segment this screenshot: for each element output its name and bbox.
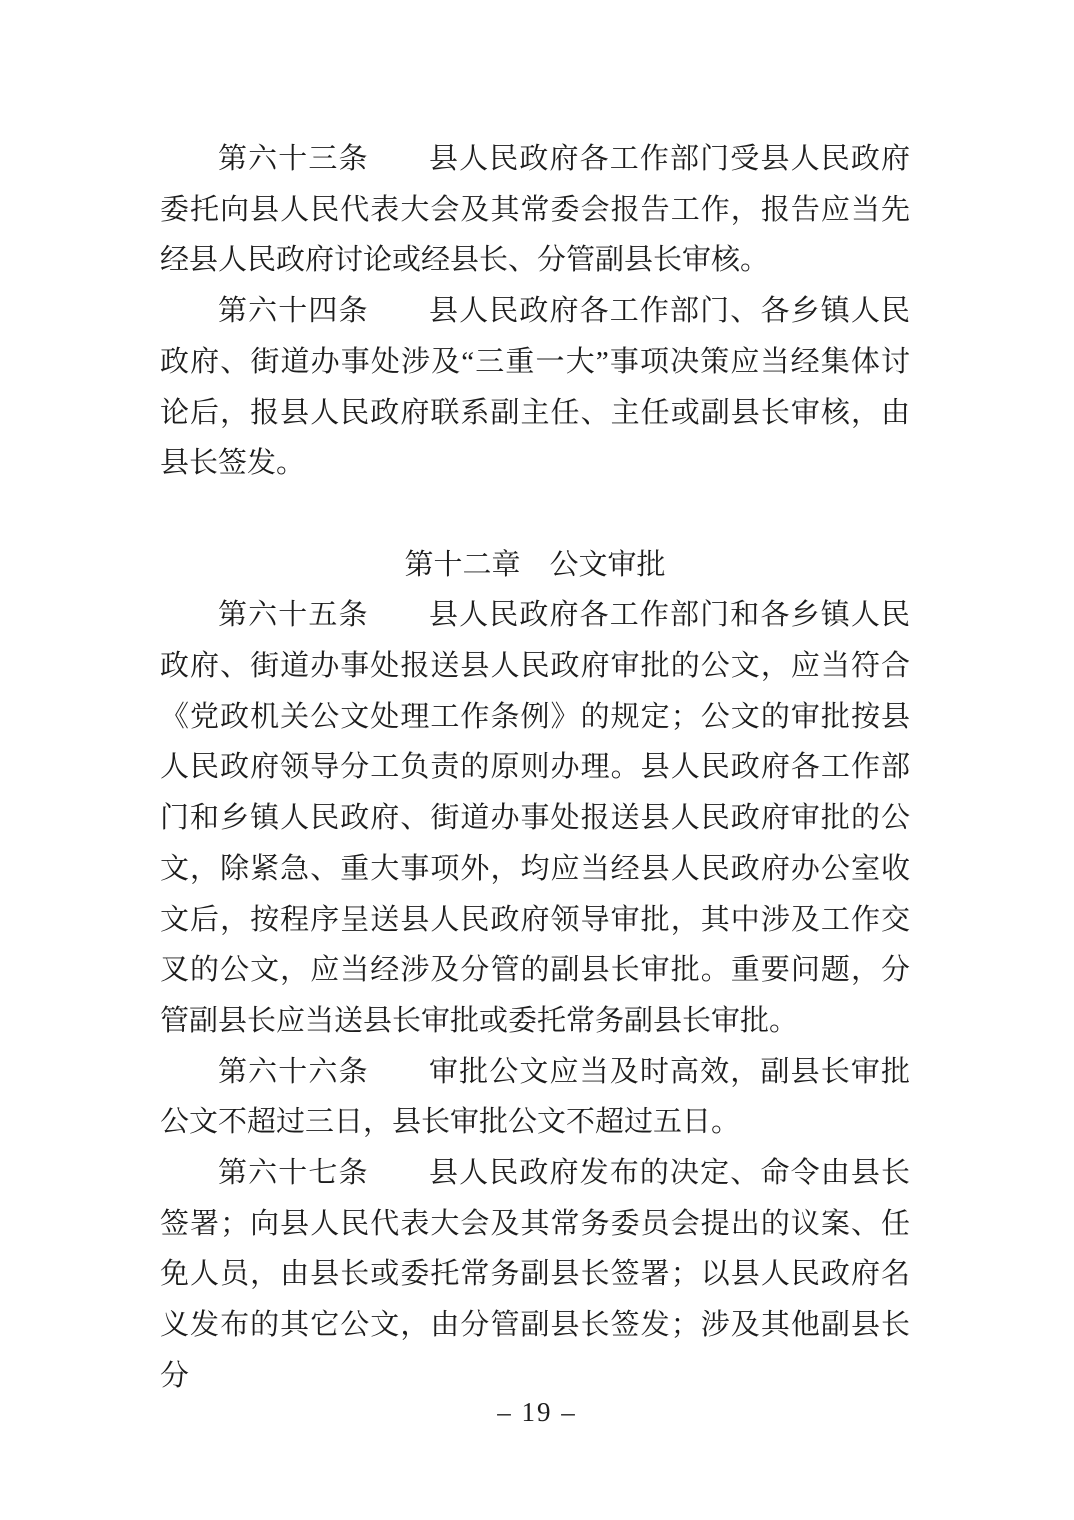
paragraph-article-67: 第六十七条 县人民政府发布的决定、命令由县长签署；向县人民代表大会及其常务委员会… (160, 1148, 910, 1402)
paragraph-article-65: 第六十五条 县人民政府各工作部门和各乡镇人民政府、街道办事处报送县人民政府审批的… (160, 590, 910, 1046)
document-content: 第六十三条 县人民政府各工作部门受县人民政府委托向县人民代表大会及其常委会报告工… (160, 134, 910, 1402)
page-number: – 19 – (0, 1396, 1074, 1428)
chapter-heading: 第十二章 公文审批 (160, 540, 910, 591)
document-page: 第六十三条 县人民政府各工作部门受县人民政府委托向县人民代表大会及其常委会报告工… (0, 0, 1074, 1520)
paragraph-article-63: 第六十三条 县人民政府各工作部门受县人民政府委托向县人民代表大会及其常委会报告工… (160, 134, 910, 286)
paragraph-article-64: 第六十四条 县人民政府各工作部门、各乡镇人民政府、街道办事处涉及“三重一大”事项… (160, 286, 910, 489)
paragraph-article-66: 第六十六条 审批公文应当及时高效，副县长审批公文不超过三日，县长审批公文不超过五… (160, 1047, 910, 1148)
